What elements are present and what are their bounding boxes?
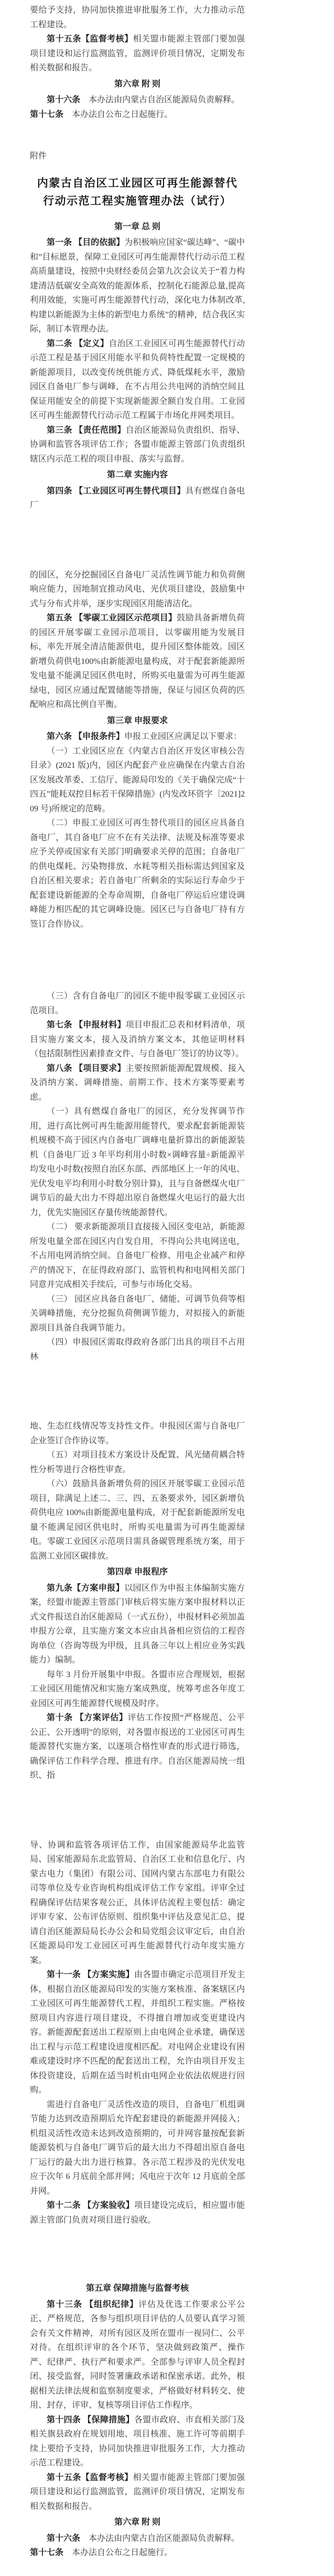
article-number: 第八条 【项目要求】 [47, 1064, 126, 1073]
page-break-gap [30, 2227, 245, 2280]
document-paragraph: （一）具有燃煤自备电厂的园区，充分发挥调节作用，进行高比例可再生能源用能替代，要… [30, 1104, 245, 1220]
article-text: 需进行自备电厂灵活性改造的项目，自备电厂机组调节能力达到改造预期后允许配套建设的… [30, 2100, 245, 2196]
article-number: 第二条 【定义】 [47, 339, 109, 348]
article-text: （五）对项目技术方案设计及配置、风光储荷耦合特性分析等进行合格性审查。 [30, 1451, 245, 1474]
document-paragraph: 第六条 【申报条件】申报工业园区应满足以下要求： [30, 729, 245, 744]
document-paragraph: 第十条 【方案评估】评估工作按照“严格规范、公平公正、公开透明”的原则，对各盟市… [30, 1711, 245, 1783]
chapter-heading: 第二章 实施内容 [30, 468, 245, 482]
document-paragraph: （一）工业园区应在《内蒙古自治区开发区审核公告目录》(2021 版)内，园区内配… [30, 744, 245, 817]
article-text: 为积极响应国家“碳达峰”、“碳中和”目标愿景，保障工业园区可再生能源替代行动示范… [30, 238, 245, 334]
article-text: （三）含有自备电厂的园区不能申报零碳工业园区示范项目。 [30, 992, 245, 1015]
page-break-gap [30, 210, 245, 218]
document-paragraph: 第十二条 【方案验收】项目建设完成后，相应盟市能源主管部门负责对项目进行验收。 [30, 2198, 245, 2227]
article-text: 本办法由内蒙古自治区能源局负责解释。 [80, 95, 240, 104]
article-text: （三） 园区应具备自备电厂、储能、可调节负荷等相关调峰措施，充分挖掘负荷侧调节能… [30, 1295, 245, 1333]
document-paragraph: 第二条 【定义】自治区工业园区可再生能源替代行动示范工程是基于园区用能水平和负荷… [30, 337, 245, 423]
document-title-line: 内蒙古自治区工业园区可再生能源替代 [30, 174, 245, 192]
document-paragraph: 需进行自备电厂灵活性改造的项目，自备电厂机组调节能力达到改造预期后允许配套建设的… [30, 2098, 245, 2199]
article-number: 第六条 【申报条件】 [47, 732, 124, 741]
article-number: 第十条 【方案评估】 [47, 1713, 127, 1722]
article-text: （四）申报园区需取得政府各部门出具的项目不占用林 [30, 1338, 245, 1361]
article-text: 附件 [30, 152, 47, 160]
article-text: （一）工业园区应在《内蒙古自治区开发区审核公告目录》(2021 版)内，园区内配… [30, 747, 245, 813]
article-number: 第十一条 【方案实施】 [47, 1970, 134, 1979]
article-text: （六）鼓励具备新增负荷的园区开展零碳工业园示范项目，除满足上述二、三、四、五条要… [30, 1479, 245, 1561]
document-paragraph: 第十一条 【方案实施】由各盟市确定示范项目开发主体，根据自治区能源局印发的实施方… [30, 1968, 245, 2098]
page-break-gap [30, 122, 245, 149]
chapter-heading: 第三章 申报要求 [30, 714, 245, 728]
page-break-gap [30, 513, 245, 568]
chapter-heading-text: 第一章 总 则 [114, 222, 160, 231]
article-text: 申报工业园区应满足以下要求： [124, 732, 242, 741]
article-number: 第四条 【工业园区可再生替代项目】 [47, 487, 185, 496]
document-paragraph: 第十三条 【组织纪律】评估及优选工作要求公平公正、严格规范，各参与组织项目评估的… [30, 2298, 245, 2413]
document-paragraph: （四）申报园区需取得政府各部门出具的项目不占用林 [30, 1335, 245, 1364]
article-text: （二） 要求新能源项目直接接入园区变电站，新能源所发电量全部在园区内自发自用，不… [30, 1222, 245, 1289]
article-text: 评估工作按照“严格规范、公平公正、公开透明”的原则，对各盟市报送的工业园区可再生… [30, 1713, 245, 1780]
chapter-heading-text: 第五章 保障措施与监督考核 [86, 2284, 189, 2293]
article-text: 每年 3 月份开展集中申报。各盟市应合理规划，根据工业园区用能情况和实施方案成熟… [30, 1670, 245, 1708]
article-text: 地、生态红线情况等支持性文件。申报园区需与自备电厂企业签订合作协议等。 [30, 1422, 245, 1445]
article-text: （一）具有燃煤自备电厂的园区，充分发挥调节作用，进行高比例可再生能源用能替代，要… [30, 1107, 245, 1217]
document-paragraph: 每年 3 月份开展集中申报。各盟市应合理规划，根据工业园区用能情况和实施方案成熟… [30, 1668, 245, 1711]
article-number: 第十五条【监督考核】 [47, 2473, 133, 2482]
chapter-heading-text: 第六章 附 则 [114, 2518, 160, 2527]
document-body: 要给予支持，协同加快推进审批服务工作，大力推动示范工程建设。第十五条【监督考核】… [0, 0, 334, 2576]
article-number: 第十六条 [47, 95, 80, 104]
document-paragraph: 地、生态红线情况等支持性文件。申报园区需与自备电厂企业签订合作协议等。 [30, 1419, 245, 1448]
document-paragraph: 第十七条 本办法自公布之日起施行。 [30, 2546, 245, 2560]
article-text: 的园区，充分挖掘园区自备电厂灵活性调节能力和负荷侧响应能力，因地制宜推动风电、光… [30, 571, 245, 608]
article-number: 第十三条 【组织纪律】 [47, 2300, 138, 2309]
chapter-heading: 第一章 总 则 [30, 220, 245, 234]
document-paragraph: 第十五条【监督考核】相关盟市能源主管部门要加强项目建设和运行监测监管，监测评价项… [30, 32, 245, 76]
article-number: 第十七条 [30, 2548, 63, 2557]
document-paragraph: 第十六条 本办法由内蒙古自治区能源局负责解释。 [30, 2531, 245, 2546]
document-title: 内蒙古自治区工业园区可再生能源替代行动示范工程实施管理办法（试行） [30, 174, 245, 210]
document-paragraph: （三）含有自备电厂的园区不能申报零碳工业园区示范项目。 [30, 989, 245, 1018]
article-text: 要给予支持，协同加快推进审批服务工作，大力推动示范工程建设。 [30, 6, 245, 29]
document-paragraph: 的园区，充分挖掘园区自备电厂灵活性调节能力和负荷侧响应能力，因地制宜推动风电、光… [30, 568, 245, 611]
chapter-heading: 第五章 保障措施与监督考核 [30, 2281, 245, 2296]
document-paragraph: 导、协调和监管各项评估工作，由国家能源局华北监管局、国家能源局东北监管局、自治区… [30, 1838, 245, 1968]
attachment-label: 附件 [30, 149, 245, 164]
document-paragraph: 第一条 【目的依据】为积极响应国家“碳达峰”、“碳中和”目标愿景，保障工业园区可… [30, 235, 245, 337]
article-text: 评估及优选工作要求公平公正、严格规范，各参与组织项目评估的人员要认真学习领会有关… [30, 2300, 245, 2410]
document-title-line: 行动示范工程实施管理办法（试行） [30, 192, 245, 210]
document-paragraph: 第五条 【零碳工业园区示范项目】鼓励具备新增负荷的园区开展零碳工业园示范项目，以… [30, 611, 245, 712]
document-paragraph: 第十六条 本办法由内蒙古自治区能源局负责解释。 [30, 93, 245, 108]
document-paragraph: （五）对项目技术方案设计及配置、风光储荷耦合特性分析等进行合格性审查。 [30, 1448, 245, 1477]
article-number: 第三条 【责任范围】 [47, 426, 126, 435]
article-text: 由各盟市确定示范项目开发主体，根据自治区能源局印发的实施方案核准、备案辖区内工业… [30, 1970, 245, 2095]
chapter-heading: 第四章 申报程序 [30, 1565, 245, 1580]
article-number: 第十四条 【保障措施】 [47, 2416, 134, 2424]
document-paragraph: （二） 要求新能源项目直接接入园区变电站，新能源所发电量全部在园区内自发自用，不… [30, 1220, 245, 1292]
article-number: 第七条 【申报材料】 [47, 1021, 126, 1029]
article-text: 本办法由内蒙古自治区能源局负责解释。 [80, 2534, 240, 2543]
chapter-heading: 第六章 附 则 [30, 77, 245, 92]
document-paragraph: 第七条 【申报材料】项目申报汇总表和材料清单，项目实施方案文本，接入及消纳方案文… [30, 1018, 245, 1061]
article-text: （二）申报工业园区可再生替代项目的园区应具备自备电厂，其自备电厂应不在有关法律、… [30, 819, 245, 929]
page-break-gap [30, 164, 245, 174]
document-paragraph: 第十七条 本办法自公布之日起施行。 [30, 108, 245, 122]
chapter-heading-text: 第四章 申报程序 [107, 1568, 168, 1576]
page-break-gap [30, 931, 245, 989]
article-text: 本办法自公布之日起施行。 [63, 110, 173, 119]
article-number: 第九条【方案申报】 [47, 1584, 124, 1593]
article-number: 第十五条【监督考核】 [47, 35, 133, 44]
document-paragraph: 第三条 【责任范围】自治区能源局负责组织、指导、协调和监管各项评估工作；各盟市能… [30, 423, 245, 467]
article-number: 第十七条 [30, 110, 63, 119]
article-number: 第五条 【零碳工业园区示范项目】 [47, 614, 177, 622]
document-paragraph: （二）申报工业园区可再生替代项目的园区应具备自备电厂，其自备电厂应不在有关法律、… [30, 816, 245, 931]
document-paragraph: 第四条 【工业园区可再生替代项目】具有燃煤自备电厂 [30, 484, 245, 513]
page-break-gap [30, 1783, 245, 1838]
page-break-gap [30, 1364, 245, 1419]
chapter-heading-text: 第二章 实施内容 [107, 470, 168, 479]
document-page: { "page": { "background_color": "#ffffff… [0, 0, 334, 2576]
article-number: 第十二条 【方案验收】 [47, 2201, 134, 2210]
article-text: 导、协调和监管各项评估工作，由国家能源局华北监管局、国家能源局东北监管局、自治区… [30, 1841, 245, 1965]
chapter-heading-text: 第三章 申报要求 [107, 716, 168, 725]
document-paragraph: 第十五条【监督考核】相关盟市能源主管部门要加强项目建设和运行监测监管，监测评价项… [30, 2471, 245, 2514]
document-paragraph: 第十四条 【保障措施】各盟市政府、市直相关部门及相关旗县政府在规划用地、项目核准… [30, 2413, 245, 2471]
chapter-heading-text: 第六章 附 则 [114, 80, 160, 89]
article-text: 鼓励具备新增负荷的园区开展零碳工业园示范项目，以零碳用能为发展目标，率先开展全清… [30, 614, 245, 709]
document-paragraph: （三） 园区应具备自备电厂、储能、可调节负荷等相关调峰措施，充分挖掘负荷侧调节能… [30, 1292, 245, 1336]
article-text: 自治区工业园区可再生能源替代行动示范工程是基于园区用能水平和负荷特性配置一定规模… [30, 339, 245, 421]
document-paragraph: （六）鼓励具备新增负荷的园区开展零碳工业园示范项目，除满足上述二、三、四、五条要… [30, 1477, 245, 1563]
article-number: 第十六条 [47, 2534, 80, 2543]
document-paragraph: 第八条 【项目要求】主要按照新能源配置规模、接入及消纳方案、调峰措施、前期工作、… [30, 1061, 245, 1105]
article-text: 本办法自公布之日起施行。 [63, 2548, 173, 2557]
document-paragraph: 第九条【方案申报】以园区作为申报主体编制实施方案，经盟市能源主管部门审核后将实施… [30, 1581, 245, 1668]
chapter-heading: 第六章 附 则 [30, 2515, 245, 2530]
article-text: 以园区作为申报主体编制实施方案，经盟市能源主管部门审核后将实施方案申报材料以正式… [30, 1584, 245, 1665]
article-number: 第一条 【目的依据】 [47, 238, 124, 247]
document-paragraph: 要给予支持，协同加快推进审批服务工作，大力推动示范工程建设。 [30, 3, 245, 32]
